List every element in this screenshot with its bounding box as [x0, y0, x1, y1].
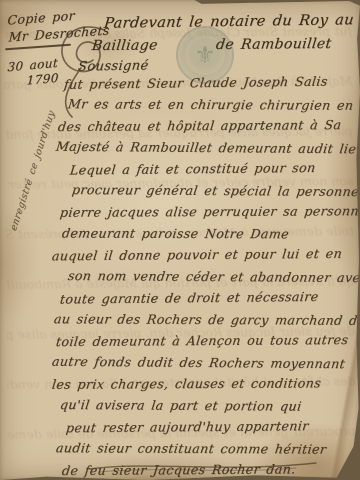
- body-line: son nom vendre céder et abandonner avec: [68, 264, 360, 288]
- body-line: qu'il avisera la part et portion qui: [60, 393, 360, 417]
- manuscript-page: fut présent Sieur Claude Joseph Salis de…: [0, 0, 360, 480]
- body-line: Majesté à Rambouillet demeurant audit li…: [56, 135, 360, 159]
- body-line: demeurant paroisse Notre Dame: [62, 222, 360, 245]
- body-line: Lequel a fait et constitué pour son: [70, 156, 360, 181]
- body-line: toile demeurant à Alençon ou tous autres: [56, 329, 360, 353]
- body-line: procureur général et spécial la personne…: [72, 178, 360, 202]
- heading-rambouillet: de Rambouillet: [215, 36, 332, 53]
- closing-flourish: [86, 458, 322, 474]
- body-line: Mr es arts et en chirurgie chirurgien en…: [68, 93, 360, 116]
- body-line: auquel il donne pouvoir et pour lui et e…: [52, 243, 360, 267]
- body-line: fut présent Sieur Claude Joseph Salis: [64, 70, 360, 95]
- body-line: pierre jacques alise perruquier sa perso…: [60, 200, 360, 223]
- body-line: toute garantie de droit et nécessaire: [60, 285, 360, 310]
- body-line: autre fonds dudit des Rochers moyennant: [52, 350, 360, 374]
- body-line: audit sieur constituant comme héritier: [56, 437, 360, 460]
- stamp-gap: [158, 49, 216, 50]
- heading-line2: Bailliagede Rambouillet: [92, 36, 331, 54]
- heading-bailliage: Bailliage: [91, 37, 159, 54]
- scanned-manuscript: fut présent Sieur Claude Joseph Salis de…: [0, 0, 360, 480]
- body-line: les prix charges, clauses et conditions: [52, 372, 360, 395]
- body-line: des château et hôpital appartenant à Sa: [58, 114, 360, 138]
- body-line: au sieur des Rochers de garcy marchand d…: [54, 308, 360, 331]
- body-text-block: fut présent Sieur Claude Joseph Salis Mr…: [0, 72, 360, 480]
- body-line: peut rester aujourd'huy appartenir: [66, 415, 360, 439]
